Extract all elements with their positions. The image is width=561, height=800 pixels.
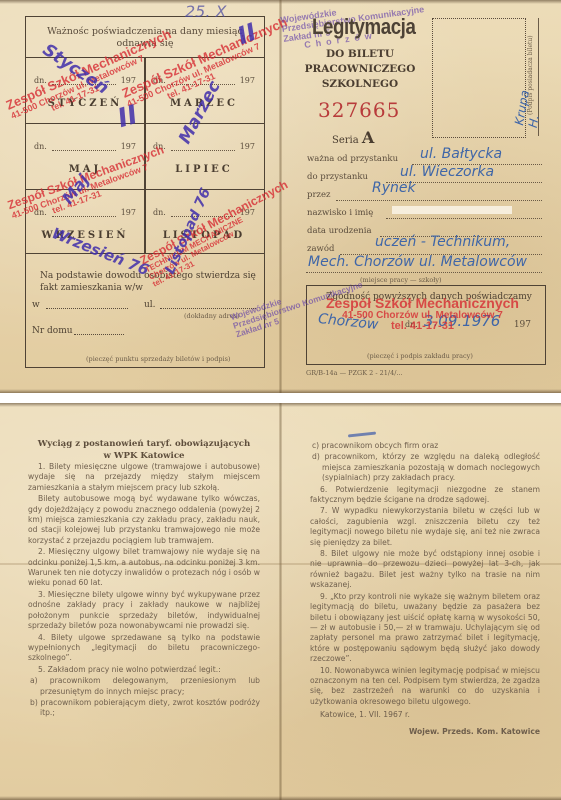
- issue-date: Katowice, 1. VII. 1967 r.: [310, 710, 540, 720]
- regulation-paragraph: 5. Zakładom pracy nie wolno potwierdzać …: [28, 665, 260, 675]
- w-label: w: [32, 300, 40, 310]
- field-line: [306, 272, 542, 273]
- to-stop-value: ul. Wieczorka: [400, 164, 494, 180]
- regulations-left-column: Wyciąg z postanowień taryf. obowiązujący…: [28, 439, 260, 720]
- regulation-list-item: d) pracownikom, którzy ze względu na dal…: [310, 452, 540, 483]
- regulation-paragraph: 2. Miesięczny ulgowy bilet tramwajowy ni…: [28, 547, 260, 589]
- card-title: Legitymacja: [312, 14, 415, 40]
- occupation-value: uczeń - Technikum,: [375, 234, 510, 250]
- field-label: przez: [307, 190, 331, 200]
- year-label: 197: [121, 208, 136, 217]
- stamp-line: tel. 41-17-31: [326, 321, 519, 333]
- date-line: [52, 216, 116, 217]
- certification-caption: (pieczęć i podpis zakładu pracy): [367, 352, 473, 360]
- document-back-scan: Wyciąg z postanowień taryf. obowiązujący…: [0, 403, 561, 800]
- field-label: zawód: [307, 244, 334, 254]
- document-front-scan: Ważnośc poświadczenia na dany miesiąc od…: [0, 0, 561, 393]
- redacted-name: [392, 206, 512, 214]
- street-label: ul.: [144, 300, 156, 310]
- card-subtitle: PRACOWNICZEGO: [300, 63, 420, 75]
- workplace-caption: (miejsce pracy — szkoły): [360, 276, 442, 284]
- dn-label: dn.: [153, 208, 166, 217]
- year-label: 197: [121, 142, 136, 151]
- workplace-value: Mech. Chorzów ul. Metalowców: [308, 254, 527, 270]
- card-subtitle: DO BILETU: [300, 48, 420, 60]
- school-stamp: Zespół Szkół Mechanicznych 41-500 Chorzó…: [326, 296, 519, 333]
- series: Seria A: [332, 128, 374, 147]
- date-line: [171, 150, 235, 151]
- regulation-paragraph: 1. Bilety miesięczne ulgowe (tramwajowe …: [28, 462, 260, 493]
- dn-label: dn.: [34, 142, 47, 151]
- via-value: Rynek: [372, 180, 416, 196]
- field-label: nazwisko i imię: [307, 208, 373, 218]
- heading-line: Wyciąg z postanowień taryf. obowiązujący…: [38, 439, 251, 449]
- regulation-list-item: c) pracownikom obcych firm oraz: [310, 441, 540, 451]
- regulation-paragraph: 9. „Kto przy kontroli nie wykaże się waż…: [310, 592, 540, 665]
- field-label: data urodzenia: [307, 226, 372, 236]
- regulation-paragraph: 8. Bilet ulgowy nie może być odstąpiony …: [310, 549, 540, 591]
- regulation-list-item: a) pracownikom delegowanym, przeniesiony…: [28, 676, 260, 697]
- center-fold: [279, 403, 282, 800]
- stamp-caption: (pieczęć punktu sprzedaży biletów i podp…: [86, 355, 230, 363]
- series-value: A: [362, 128, 374, 147]
- ink-mark: [348, 432, 376, 438]
- year-label: 197: [240, 142, 255, 151]
- house-number-line: [74, 334, 124, 335]
- regulations-right-column: c) pracownikom obcych firm oraz d) praco…: [310, 441, 540, 738]
- regulation-paragraph: 3. Miesięczne bilety ulgowe winny być wy…: [28, 590, 260, 632]
- card-subtitle: SZKOLNEGO: [300, 78, 420, 90]
- regulation-paragraph: 6. Potwierdzenie legitymacji niezgodne z…: [310, 485, 540, 506]
- regulation-paragraph: 4. Bilety ulgowe sprzedawane są tylko na…: [28, 633, 260, 664]
- regulation-paragraph: 10. Nowonabywca winien legitymację podpi…: [310, 666, 540, 708]
- series-label: Seria: [332, 135, 359, 146]
- serial-number: 327665: [318, 98, 400, 122]
- field-label: do przystanku: [307, 172, 368, 182]
- from-stop-value: ul. Bałtycka: [420, 146, 502, 162]
- regulations-heading: Wyciąg z postanowień taryf. obowiązujący…: [28, 439, 260, 462]
- handwritten-date: 25. X: [185, 2, 227, 21]
- regulation-list-item: b) pracownikom pobierającym diety, zwrot…: [28, 698, 260, 719]
- heading-line: w WPK Katowice: [103, 451, 184, 461]
- issuer: Wojew. Przeds. Kom. Katowice: [310, 727, 540, 737]
- form-code: GR/B-14a — PZGK 2 - 21/4/...: [306, 369, 403, 377]
- year-label: 197: [240, 76, 255, 85]
- regulation-paragraph: Bilety autobusowe mogą być wydawane tylk…: [28, 494, 260, 546]
- house-number-label: Nr domu: [32, 326, 73, 336]
- city-line: [46, 308, 128, 309]
- field-line: [336, 200, 542, 201]
- field-line: [386, 218, 542, 219]
- regulation-paragraph: 7. W wypadku niewykorzystania biletu w c…: [310, 506, 540, 548]
- field-label: ważna od przystanku: [307, 154, 398, 164]
- date-line: [52, 150, 116, 151]
